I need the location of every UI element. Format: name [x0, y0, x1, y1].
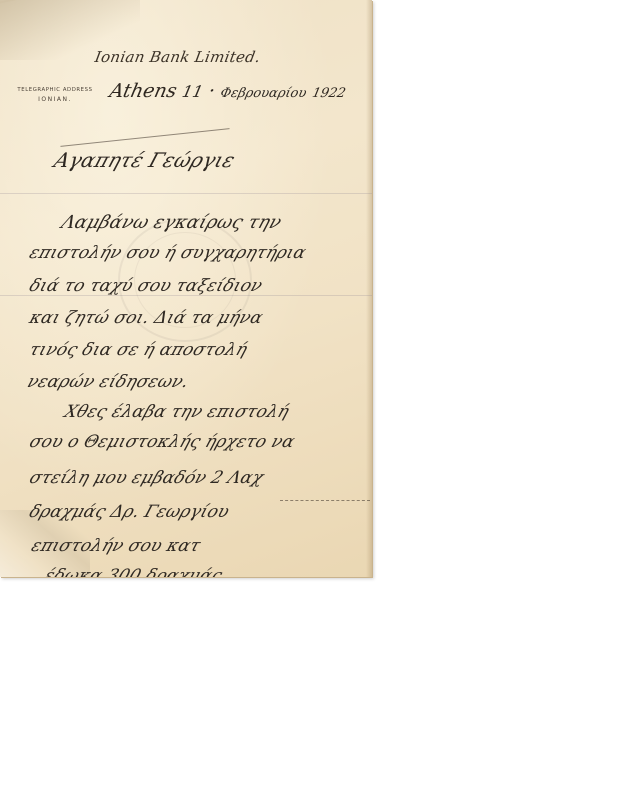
body-line: διά το ταχύ σου ταξείδιον: [27, 276, 265, 296]
date-month: Φεβρουαρίου: [219, 86, 308, 101]
dateline: Athens 11 · Φεβρουαρίου 1922: [108, 80, 349, 102]
date-day: 11: [180, 82, 204, 101]
flourish-line: [60, 128, 229, 147]
body-line: Λαμβάνω εγκαίρως την: [59, 212, 285, 233]
body-line: σου ο Θεμιστοκλής ήρχετο να: [27, 432, 298, 452]
date-year: 1922: [311, 86, 347, 101]
body-line: στείλη μου εμβαδόν 2 Λαχ: [27, 468, 266, 488]
body-line: δραχμάς Δρ. Γεωργίου: [27, 502, 232, 522]
bank-name: Ionian Bank Limited.: [93, 48, 262, 66]
body-line: επιστολήν σου κατ: [29, 536, 203, 556]
body-line: νεαρών είδησεων.: [25, 372, 192, 392]
place: Athens: [108, 80, 179, 102]
salutation: Αγαπητέ Γεώργιε: [51, 148, 238, 172]
ruled-line: [0, 193, 372, 194]
telegraphic-label: TELEGRAPHIC ADDRESS: [10, 86, 100, 95]
body-line: έδωκα 300 δραχμάς: [42, 566, 225, 577]
telegraphic-value: IONIAN.: [10, 95, 100, 104]
letter-page: TELEGRAPHIC ADDRESS IONIAN. Ionian Bank …: [0, 0, 372, 577]
body-line: Χθες έλαβα την επιστολή: [62, 402, 292, 422]
body-line: επιστολήν σου ή συγχαρητήρια: [27, 243, 309, 263]
body-line: και ζητώ σοι. Διά τα μήνα: [27, 308, 266, 328]
paper-edge: [366, 0, 372, 577]
body-line: τινός δια σε ή αποστολή: [27, 340, 250, 360]
flourish-line: [280, 500, 370, 502]
telegraphic-address: TELEGRAPHIC ADDRESS IONIAN.: [10, 86, 100, 104]
